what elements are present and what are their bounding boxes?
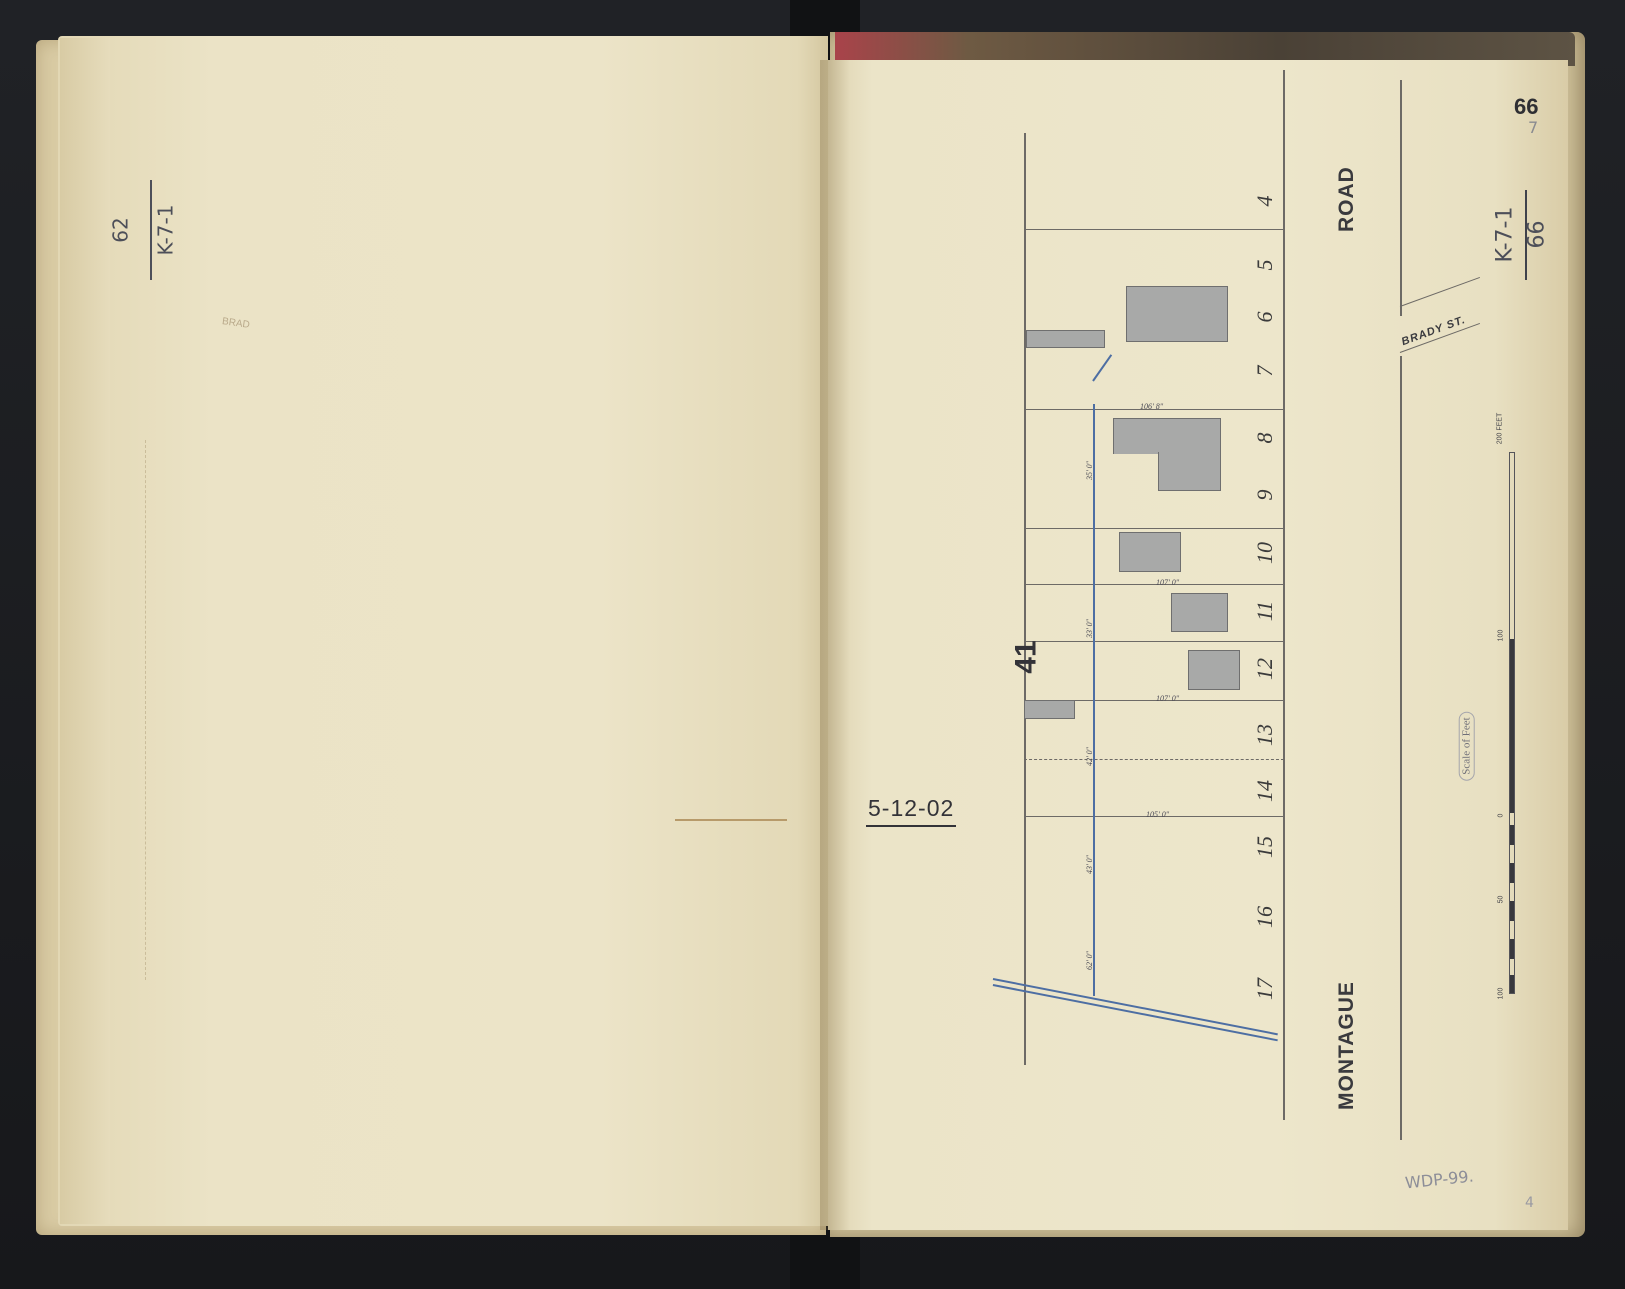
lot-measurement: 62' 0" xyxy=(1085,951,1094,970)
lot-number: 9 xyxy=(1252,475,1278,515)
scale-label-0: 0 xyxy=(1497,814,1504,818)
lot-measurement: 106' 8" xyxy=(1140,402,1163,411)
lot-measurement: 43' 0" xyxy=(1085,855,1094,874)
date-stamp: 5-12-02 xyxy=(866,795,956,827)
lot-number: 13 xyxy=(1252,715,1278,755)
outbuilding-lot-13[interactable] xyxy=(1024,700,1075,719)
building-lot-9[interactable] xyxy=(1158,452,1221,491)
scale-caption: Scale of Feet xyxy=(1459,711,1475,780)
lot-measurement: 42' 0" xyxy=(1085,747,1094,766)
lot-number: 15 xyxy=(1252,827,1278,867)
lot-number: 4 xyxy=(1252,181,1278,221)
street-label-montague: MONTAGUE xyxy=(1335,981,1359,1110)
lot-number: 11 xyxy=(1252,591,1278,631)
building-lot-10[interactable] xyxy=(1119,532,1181,572)
road-edge-line xyxy=(1283,70,1285,1120)
lot-number: 7 xyxy=(1252,351,1278,391)
page-number: 66 xyxy=(1514,94,1538,120)
right-page xyxy=(828,60,1568,1230)
left-page-mark xyxy=(675,819,787,821)
road-far-line-top xyxy=(1400,80,1402,316)
ghost-scale-bar xyxy=(145,440,147,980)
lot-number: 8 xyxy=(1252,418,1278,458)
block-number: 41 xyxy=(1010,640,1044,673)
building-lot-11[interactable] xyxy=(1171,593,1228,632)
lot-number: 10 xyxy=(1252,533,1278,573)
lot-number: 12 xyxy=(1252,649,1278,689)
scale-label-100-left: 100 xyxy=(1497,988,1504,1000)
left-sheet-reference: 62 K-7-1 xyxy=(120,180,190,300)
lot-number: 16 xyxy=(1252,897,1278,937)
lot-number: 17 xyxy=(1252,969,1278,1009)
lot-measurement: 105' 0" xyxy=(1146,810,1169,819)
lot-line xyxy=(1024,641,1284,642)
outbuilding-lot-6[interactable] xyxy=(1026,330,1105,348)
lot-number: 5 xyxy=(1252,245,1278,285)
lot-measurement: 33' 0" xyxy=(1085,619,1094,638)
building-lot-6[interactable] xyxy=(1126,286,1228,342)
survey-line xyxy=(1093,404,1095,996)
scale-bar xyxy=(1509,452,1515,994)
road-far-line-bottom xyxy=(1400,356,1402,1140)
lot-line-dashed xyxy=(1024,759,1284,760)
lot-line xyxy=(1024,584,1284,585)
sheet-reference: K-7-1 66 xyxy=(1495,190,1565,290)
pencil-page-note: 7 xyxy=(1528,118,1538,137)
lot-line xyxy=(1024,229,1284,230)
street-label-road: ROAD xyxy=(1335,166,1359,232)
scale-label-100: 100 xyxy=(1497,630,1504,642)
building-lot-8[interactable] xyxy=(1113,418,1221,454)
left-page-edge xyxy=(60,38,110,1224)
building-lot-12[interactable] xyxy=(1188,650,1240,690)
lot-line xyxy=(1024,528,1284,529)
corner-mark: 4 xyxy=(1525,1195,1534,1211)
gutter-shadow xyxy=(820,60,850,1230)
lot-measurement: 107' 0" xyxy=(1156,694,1179,703)
scale-label-200: 200 FEET xyxy=(1496,413,1503,445)
lot-number: 6 xyxy=(1252,297,1278,337)
scale-label-50: 50 xyxy=(1497,896,1504,904)
lot-measurement: 107' 0" xyxy=(1156,578,1179,587)
block-left-boundary xyxy=(1024,133,1026,1065)
lot-number: 14 xyxy=(1252,771,1278,811)
lot-measurement: 35' 0" xyxy=(1085,461,1094,480)
